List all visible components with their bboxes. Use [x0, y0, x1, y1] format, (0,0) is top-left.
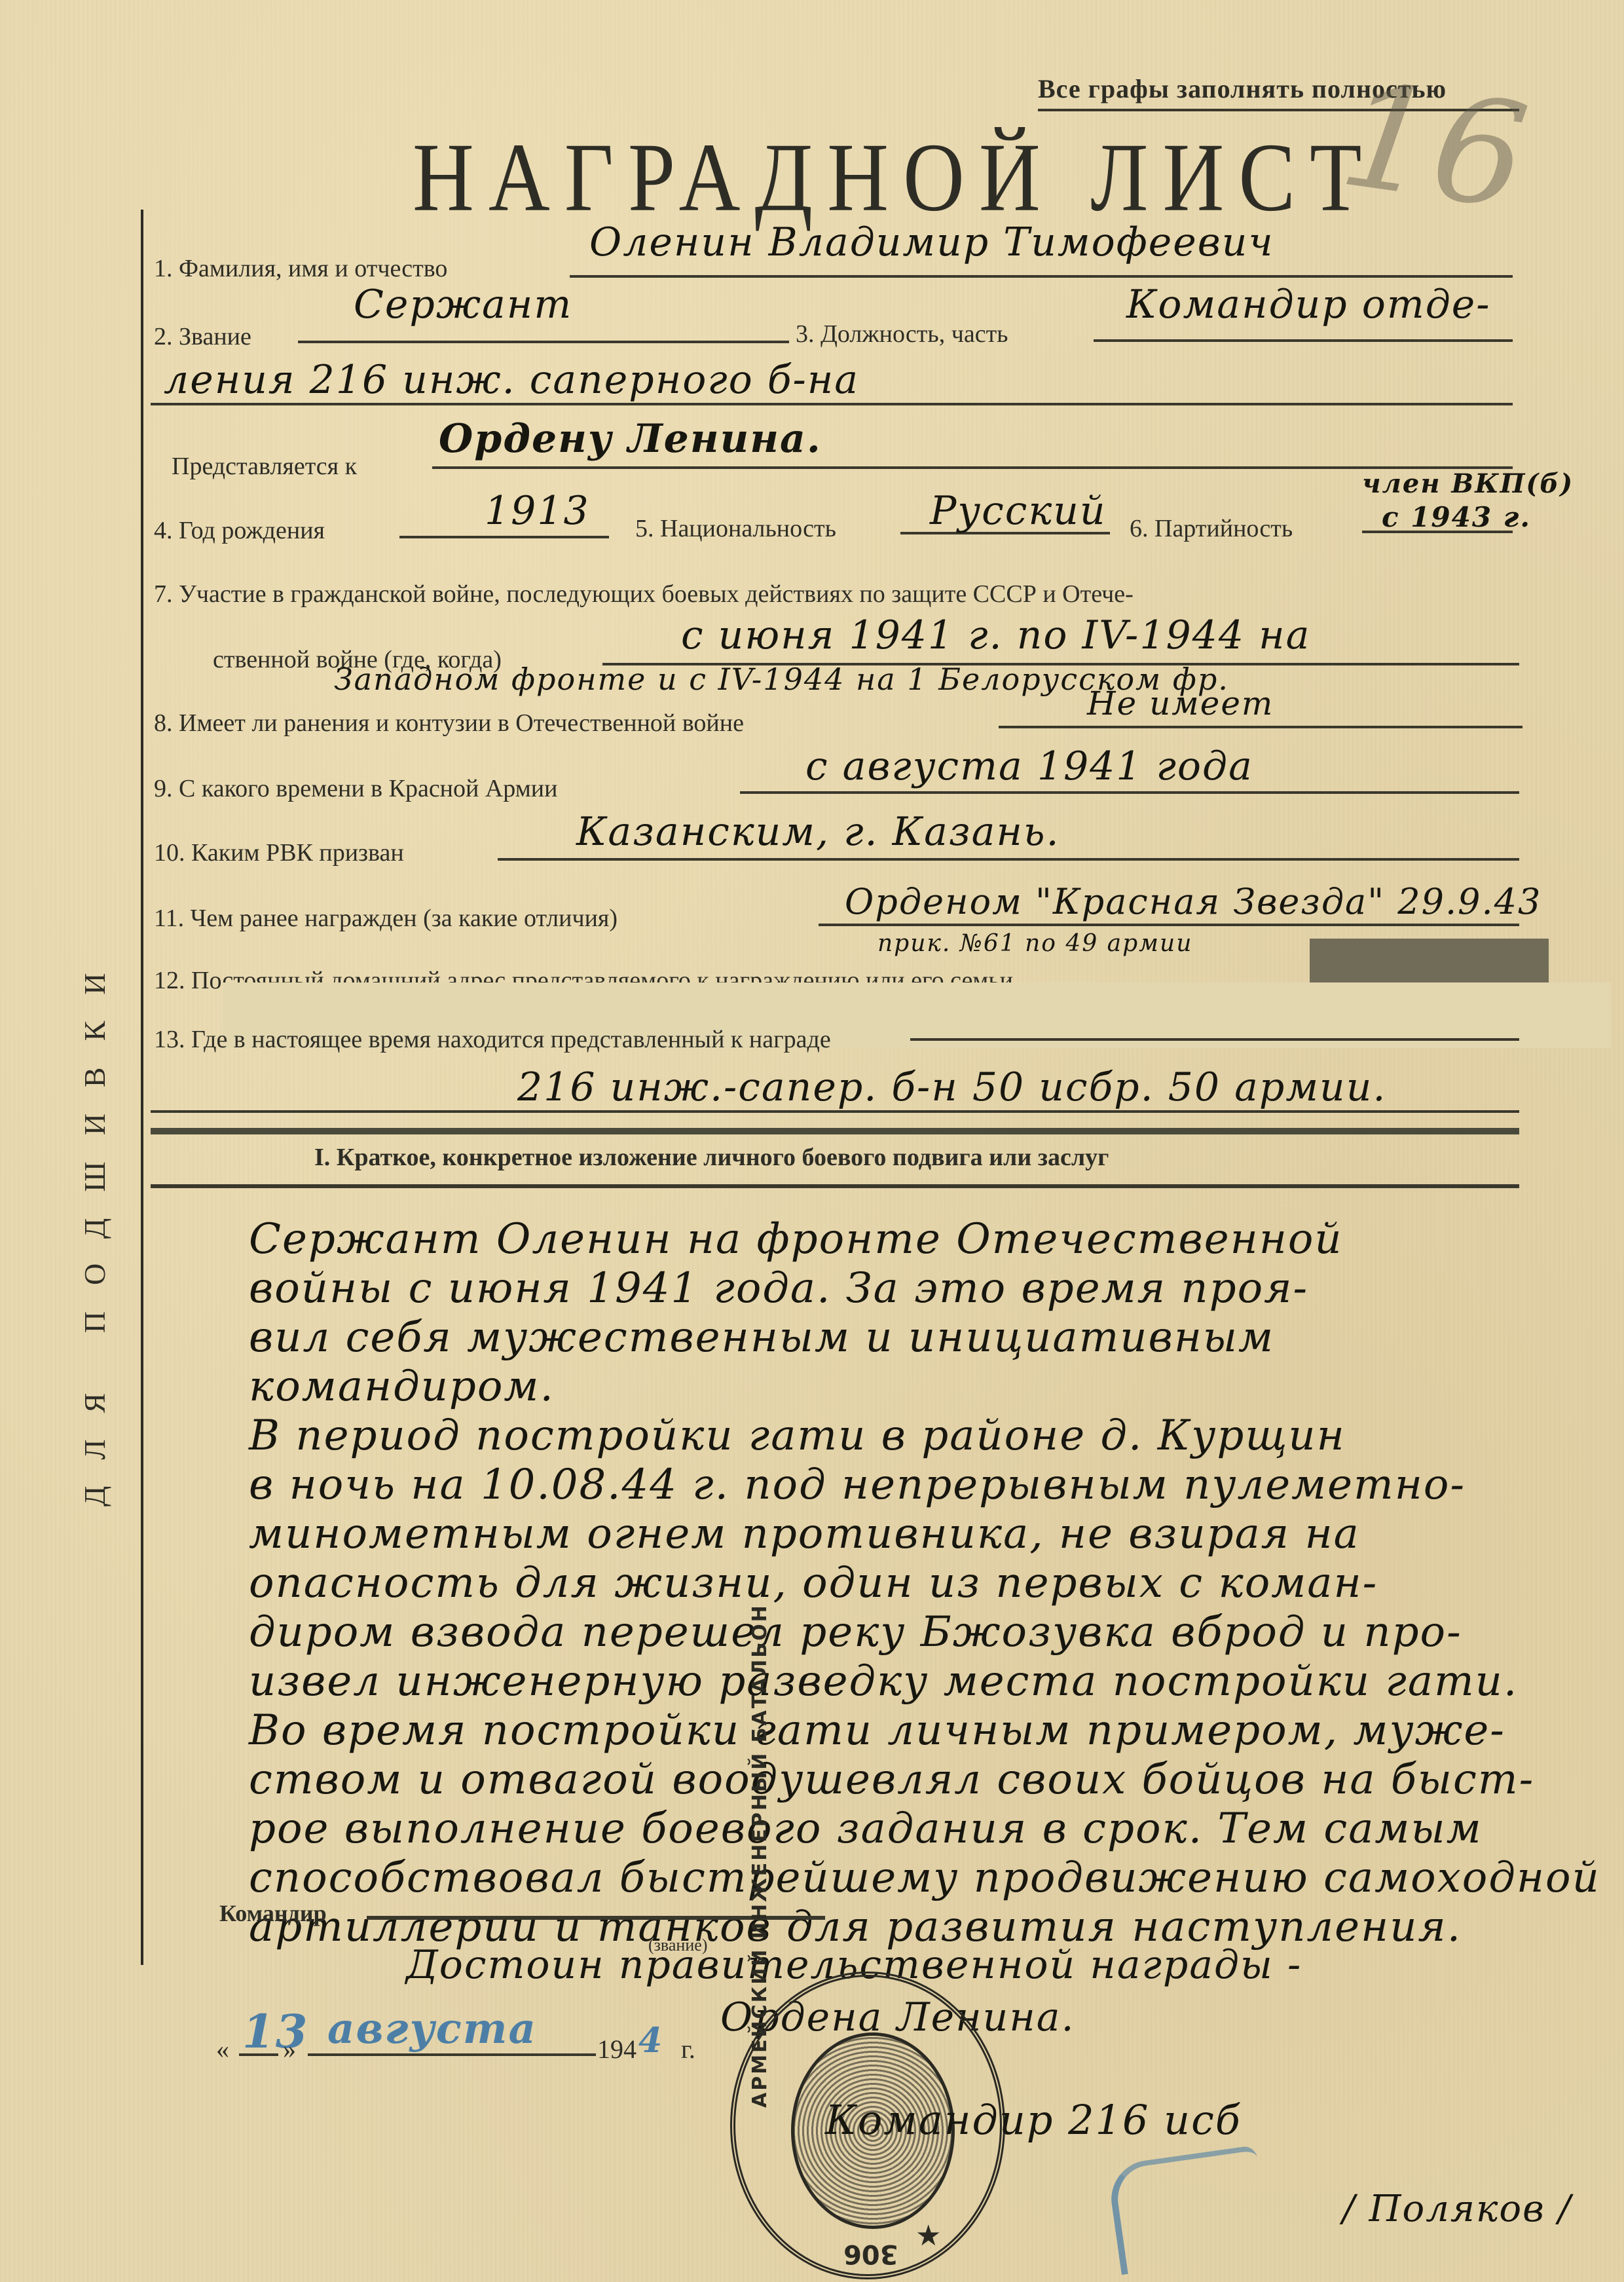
field-value-birth-year: 1913 — [485, 488, 590, 534]
field-line-position — [1094, 339, 1513, 342]
field-label-war-participation: 7. Участие в гражданской войне, последую… — [154, 580, 1134, 608]
field-line-award — [432, 466, 1513, 469]
field-value-party: с 1943 г. — [1382, 501, 1531, 533]
field-value-army-since: с августа 1941 года — [805, 743, 1253, 789]
field-label-army-since: 9. С какого времени в Красной Армии — [154, 774, 557, 803]
date-year-digit: 4 — [638, 2021, 663, 2061]
stamp-text: АРМЕЙСКИЙ ИНЖЕНЕРНЫЙ БАТАЛЬОН — [748, 1603, 771, 2108]
field-value-rank: Сержант — [354, 282, 572, 327]
field-value-previous-awards-cont: прик. №61 по 49 армии — [877, 930, 1192, 957]
date-day: 13 — [242, 2004, 308, 2059]
field-line-rank — [298, 341, 789, 343]
merit-line: ством и отвагой воодушевлял своих бойцов… — [249, 1755, 1534, 1804]
binding-margin-label: ДЛЯ ПОДШИВКИ — [77, 947, 112, 1507]
merit-line: Во время постройки гати личным примером,… — [249, 1706, 1505, 1755]
field-line-name — [570, 275, 1513, 278]
field-line-birth-year — [399, 536, 609, 538]
field-label-birth-year: 4. Год рождения — [154, 516, 325, 545]
rank-hint: (звание) — [648, 1936, 707, 1955]
field-label-name: 1. Фамилия, имя и отчество — [154, 254, 447, 283]
field-label-wounds: 8. Имеет ли ранения и контузии в Отечест… — [154, 709, 744, 738]
date-close-quote: » — [283, 2034, 296, 2065]
field-line-current-location — [910, 1038, 1519, 1041]
merit-line: Сержант Оленин на фронте Отечественной — [249, 1215, 1343, 1263]
field-label-rank: 2. Звание — [154, 322, 251, 351]
field-line-current-location-cont — [151, 1110, 1519, 1113]
merit-line: способствовал быстрейшему продвижению са… — [249, 1854, 1600, 1902]
merit-line: диром взвода перешел реку Бжозувка вброд… — [249, 1608, 1462, 1656]
binding-margin-line — [141, 210, 143, 1965]
merit-line: войны с июня 1941 года. За это время про… — [249, 1264, 1308, 1313]
date-open-quote: « — [216, 2034, 229, 2065]
signer-title: Командир 216 исб — [825, 2096, 1242, 2144]
field-line-draft-office — [498, 858, 1519, 861]
field-label-previous-awards: 11. Чем ранее награжден (за какие отличи… — [154, 904, 618, 933]
field-value-party-top: член ВКП(б) — [1362, 468, 1574, 499]
field-label-draft-office: 10. Каким РВК призван — [154, 838, 404, 867]
date-month: августа — [327, 2004, 537, 2053]
merit-line: извел инженерную разведку места постройк… — [249, 1657, 1518, 1706]
field-value-war-participation: с июня 1941 г. по IV-1944 на — [681, 612, 1310, 658]
merit-line: в ночь на 10.08.44 г. под непрерывным пу… — [249, 1461, 1466, 1509]
field-value-nationality: Русский — [930, 488, 1107, 534]
field-label-party: 6. Партийность — [1130, 514, 1293, 543]
field-line-wounds — [999, 726, 1522, 728]
field-line-army-since — [740, 791, 1519, 794]
field-value-previous-awards: Орденом "Красная Звезда" 29.9.43 — [845, 881, 1541, 922]
merit-line: В период постройки гати в районе д. Курщ… — [249, 1412, 1346, 1460]
field-value-position: Командир отде- — [1126, 282, 1491, 327]
field-label-award: Представляется к — [172, 452, 357, 481]
field-value-award: Ордену Ленина. — [439, 416, 822, 462]
merit-line: минометным огнем противника, не взирая н… — [249, 1510, 1360, 1558]
section-heading-underline — [151, 1184, 1519, 1188]
merit-line: опасность для жизни, один из первых с ко… — [249, 1559, 1378, 1607]
stamp-number: 306 — [843, 2239, 898, 2269]
signer-name: / Поляков / — [1342, 2188, 1572, 2230]
date-year-prefix: 194 — [597, 2034, 637, 2065]
merit-line: вил себя мужественным и инициативным — [249, 1313, 1274, 1362]
field-label-current-location: 13. Где в настоящее время находится пред… — [154, 1025, 831, 1054]
star-icon: ★ — [915, 2219, 941, 2253]
field-label-nationality: 5. Национальность — [635, 514, 836, 543]
field-label-position: 3. Должность, часть — [796, 320, 1008, 348]
section-heading: I. Краткое, конкретное изложение личного… — [314, 1143, 1109, 1172]
merit-line: командиром. — [249, 1362, 555, 1411]
merit-line: рое выполнение боевого задания в срок. Т… — [249, 1805, 1483, 1853]
commander-label: Командир — [219, 1899, 327, 1927]
field-value-draft-office: Казанским, г. Казань. — [576, 809, 1060, 855]
field-value-wounds: Не имеет — [1087, 684, 1274, 722]
field-line-position-cont — [151, 403, 1513, 405]
handwritten-signature — [1106, 2145, 1270, 2275]
field-value-current-location: 216 инж.-сапер. б-н 50 исбр. 50 армии. — [517, 1064, 1386, 1110]
date-month-line — [308, 2053, 596, 2056]
field-value-position-cont: ления 216 инж. саперного б-на — [164, 357, 859, 403]
date-year-suffix: г. — [681, 2034, 695, 2065]
field-line-previous-awards — [819, 924, 1519, 926]
archive-page-number: 16 — [1332, 50, 1537, 242]
field-value-name: Оленин Владимир Тимофеевич — [589, 219, 1274, 265]
document-title: НАГРАДНОЙ ЛИСТ — [413, 121, 1376, 234]
section-divider — [151, 1128, 1519, 1134]
